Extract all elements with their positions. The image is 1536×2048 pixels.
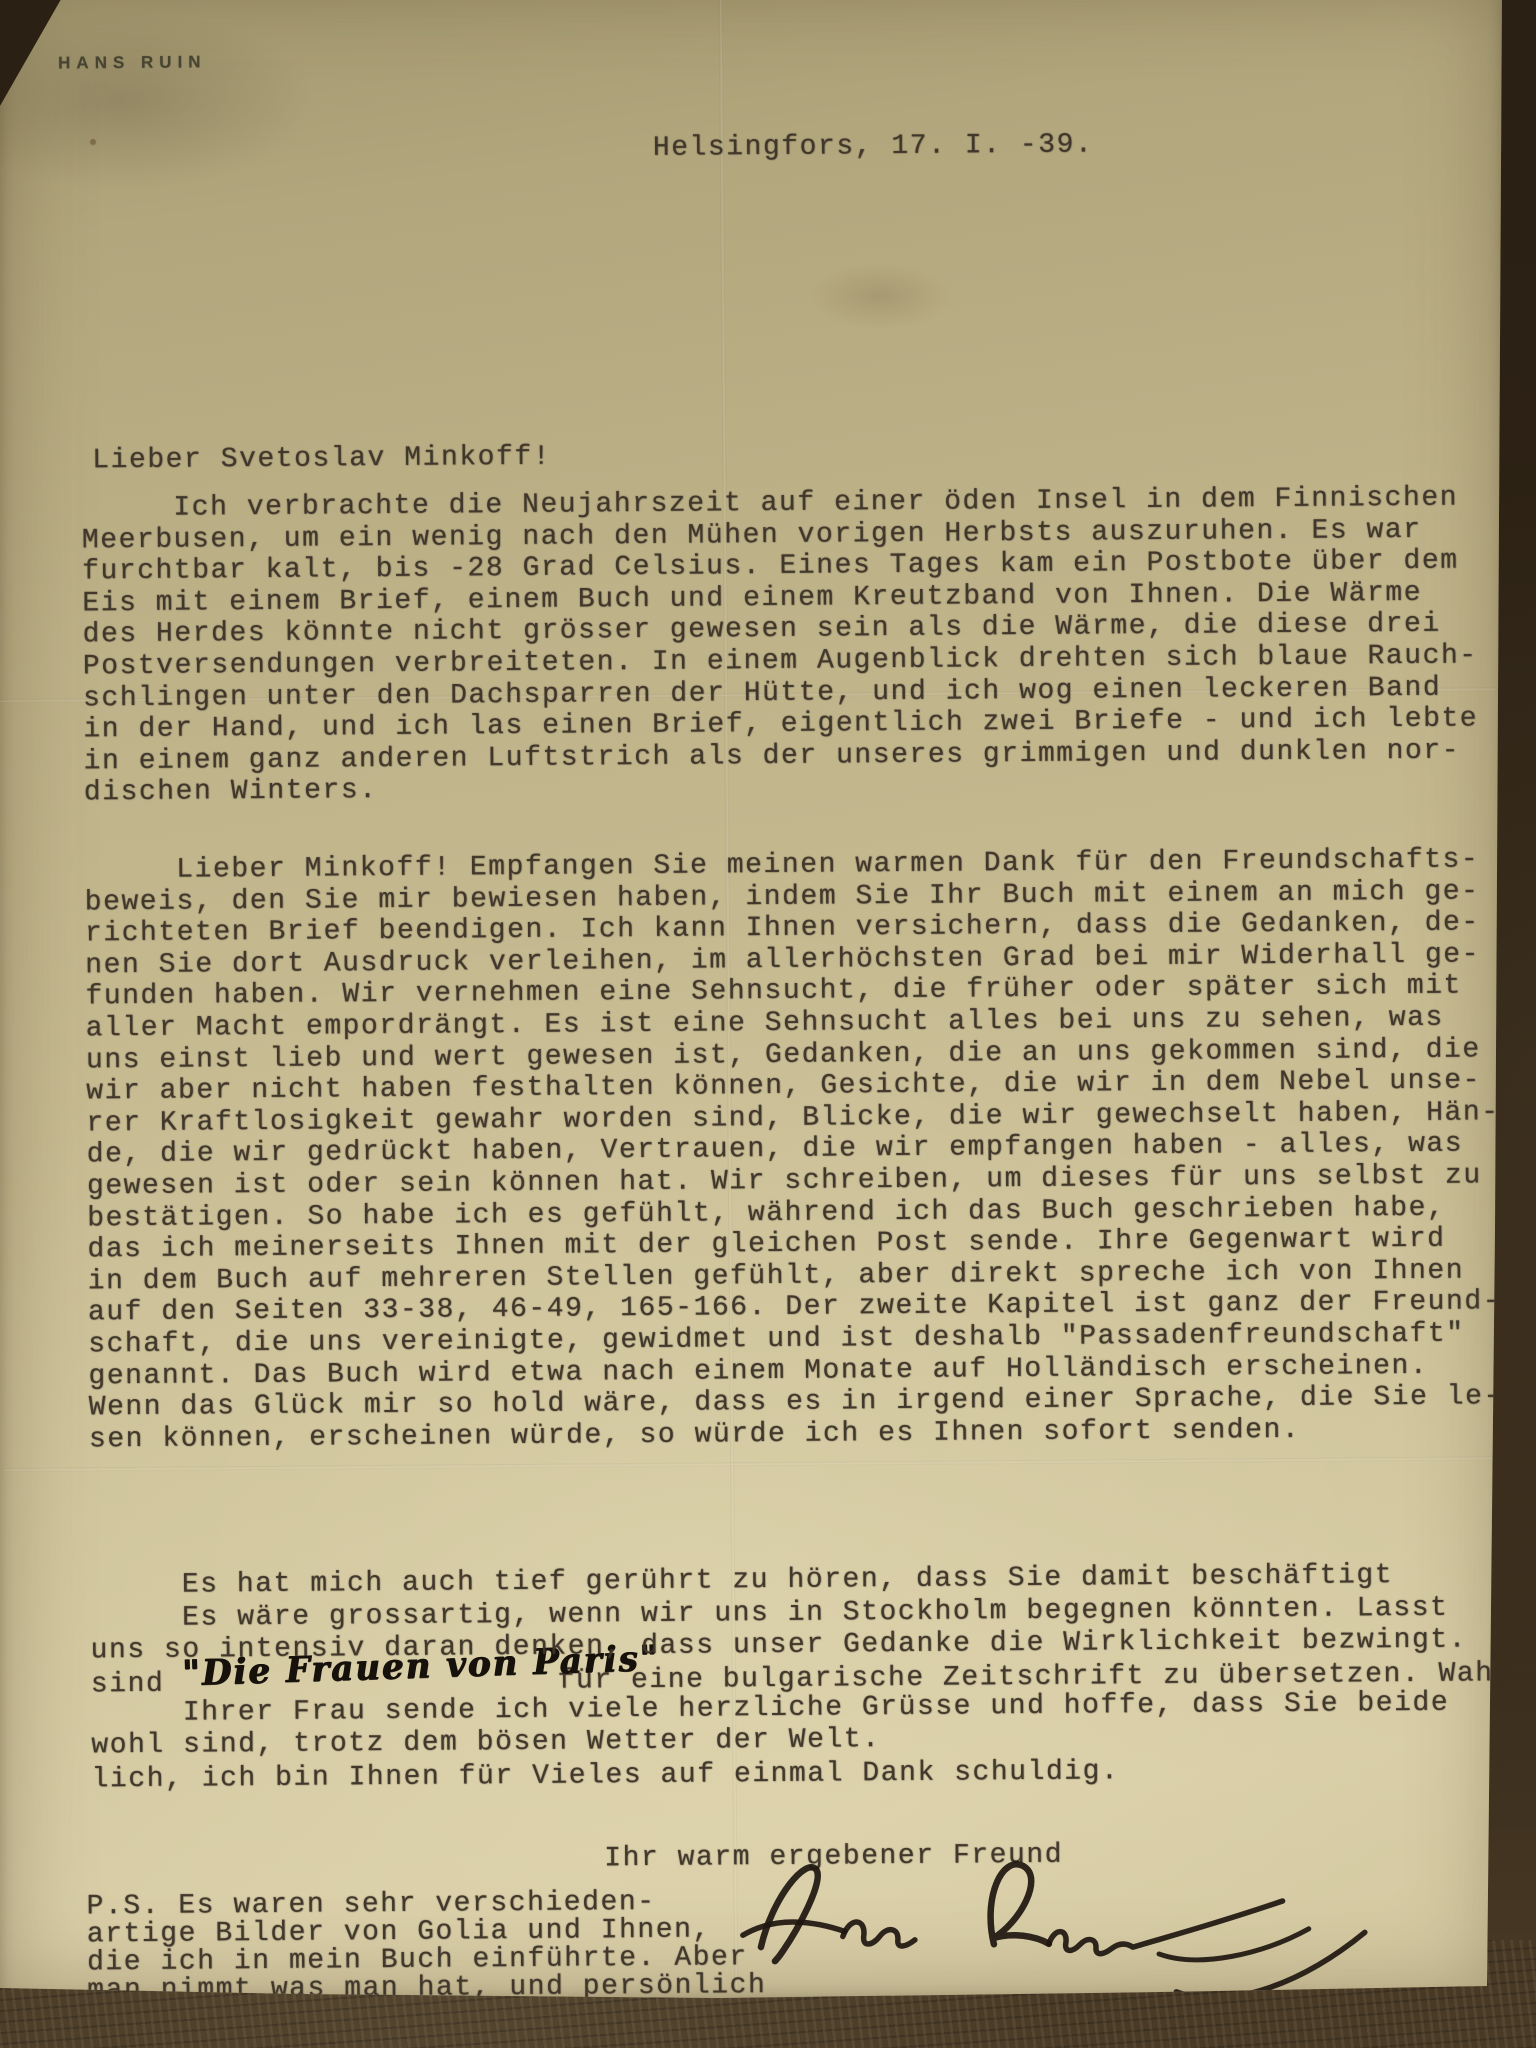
paragraph-2: Lieber Minkoff! Empfangen Sie meinen war… (84, 844, 1502, 1455)
dateline: Helsingfors, 17. I. -39. (653, 129, 1094, 164)
paragraph-5: Ihrer Frau sende ich viele herzliche Grü… (91, 1688, 1450, 1762)
typed-prefix: sind (91, 1669, 183, 1701)
paragraph-1: Ich verbrachte die Neujahrszeit auf eine… (81, 482, 1478, 809)
salutation: Lieber Svetoslav Minkoff! (92, 442, 551, 477)
paragraph-3: Es hat mich auch tief gerührt zu hören, … (89, 1496, 1531, 1859)
letter-paper: HANS RUIN Helsingfors, 17. I. -39. Liebe… (0, 0, 1502, 1998)
horizontal-fold-crease-lower (5, 1456, 1501, 1472)
photograph: HANS RUIN Helsingfors, 17. I. -39. Liebe… (0, 0, 1536, 2048)
paper-content: HANS RUIN Helsingfors, 17. I. -39. Liebe… (0, 0, 1536, 2034)
letterhead-name: HANS RUIN (58, 52, 207, 73)
paragraph-4: Es wäre grossartig, wenn wir uns in Stoc… (90, 1593, 1467, 1667)
